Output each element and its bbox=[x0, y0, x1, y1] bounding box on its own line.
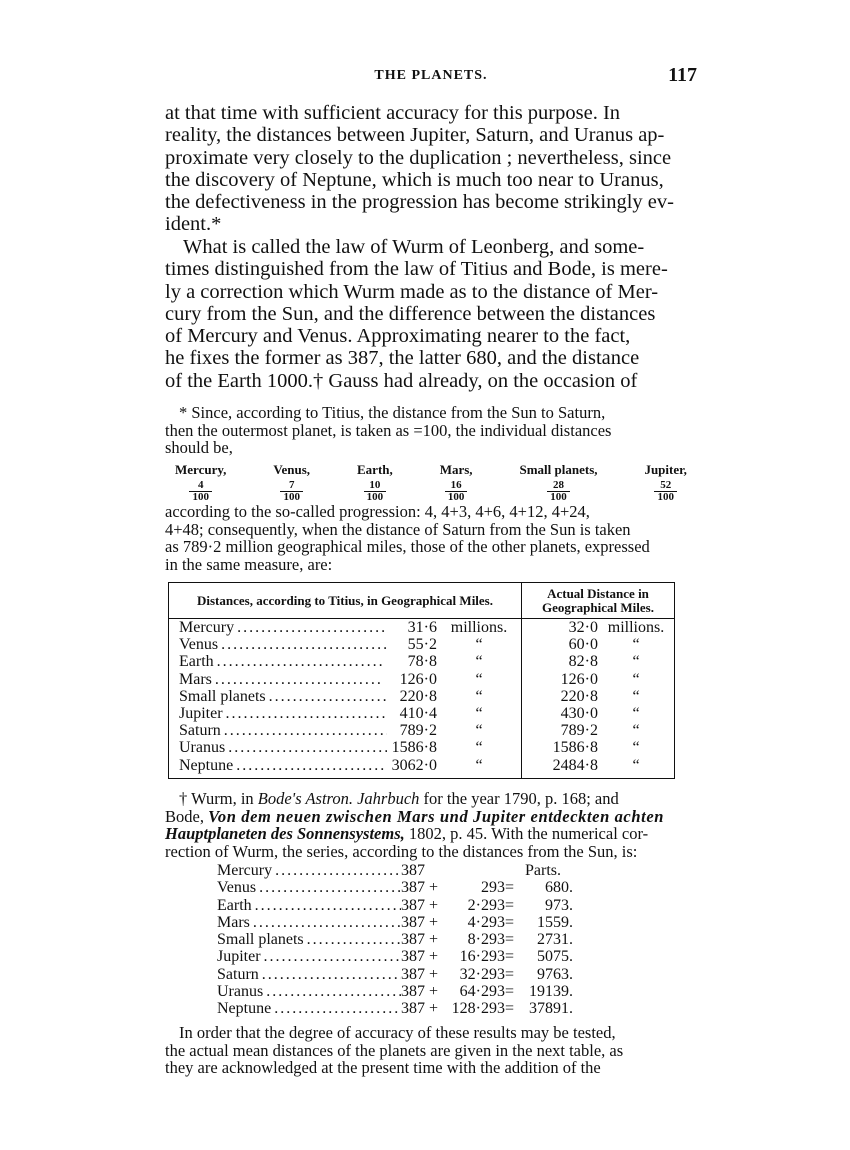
footnote-line: according to the so-called progression: … bbox=[165, 503, 697, 521]
footnote-line: 4+48; consequently, when the distance of… bbox=[165, 521, 697, 539]
fraction-label: Earth, bbox=[357, 461, 393, 479]
fraction-numerator: 10 bbox=[369, 480, 380, 491]
titius-unit: “ bbox=[437, 757, 521, 774]
fraction-label: Venus, bbox=[273, 461, 310, 479]
base-value: 387 bbox=[401, 879, 429, 896]
base-value: 387 bbox=[401, 931, 429, 948]
titius-value: 3062·0 bbox=[387, 757, 437, 774]
base-value: 387 bbox=[401, 948, 429, 965]
actual-value: 220·8 bbox=[522, 688, 598, 705]
fraction-mercury: Mercury, 4 100 bbox=[175, 461, 226, 504]
footnote-text: Bode, bbox=[165, 807, 208, 826]
multiplier: 64·293 bbox=[449, 983, 505, 1000]
text-line: ly a correction which Wurm made as to th… bbox=[165, 281, 697, 303]
multiplier: 16·293 bbox=[449, 948, 505, 965]
paragraph-1: at that time with sufficient accuracy fo… bbox=[165, 102, 697, 236]
footnote-line: should be, bbox=[165, 439, 697, 457]
fraction-numerator: 28 bbox=[553, 480, 564, 491]
paragraph-3: In order that the degree of accuracy of … bbox=[165, 1024, 697, 1077]
fraction-label: Mercury, bbox=[175, 461, 226, 479]
actual-unit: “ bbox=[598, 705, 674, 722]
plus-sign: + bbox=[429, 879, 449, 896]
multiplier: 293 bbox=[449, 879, 505, 896]
planet-name: Mars bbox=[217, 914, 401, 931]
titius-unit: “ bbox=[437, 739, 521, 756]
titius-unit: “ bbox=[437, 705, 521, 722]
footnote-line: Hauptplaneten des Sonnensystems, 1802, p… bbox=[165, 825, 697, 843]
titius-unit: millions. bbox=[437, 619, 521, 636]
titius-unit: “ bbox=[437, 636, 521, 653]
planet-name: Small planets bbox=[217, 931, 401, 948]
base-value: 387 bbox=[401, 983, 429, 1000]
text-line: ident.* bbox=[165, 213, 697, 235]
actual-value: 430·0 bbox=[522, 705, 598, 722]
footnote-line: rection of Wurm, the series, according t… bbox=[165, 843, 697, 861]
text-line: times distinguished from the law of Titi… bbox=[165, 258, 697, 280]
series-row: Jupiter 387 + 16·293 = 5075. bbox=[217, 948, 657, 965]
footnote-line: * Since, according to Titius, the distan… bbox=[165, 404, 697, 422]
series-row: Small planets 387 + 8·293 = 2731. bbox=[217, 931, 657, 948]
base-value: 387 bbox=[401, 914, 429, 931]
equals-sign: = bbox=[505, 966, 521, 983]
equals-sign: = bbox=[505, 914, 521, 931]
multiplier: 2·293 bbox=[449, 897, 505, 914]
actual-value: 2484·8 bbox=[522, 757, 598, 774]
actual-value: 126·0 bbox=[522, 671, 598, 688]
table-row: Venus 55·2 “ 60·0 “ bbox=[169, 636, 675, 653]
multiplier: 128·293 bbox=[449, 1000, 505, 1017]
planet-name: Neptune bbox=[217, 1000, 401, 1017]
base-value: 387 bbox=[401, 966, 429, 983]
titius-value: 220·8 bbox=[387, 688, 437, 705]
fraction-numerator: 7 bbox=[289, 480, 295, 491]
fraction-mars: Mars, 16 100 bbox=[440, 461, 473, 504]
actual-unit: “ bbox=[598, 671, 674, 688]
actual-value: 789·2 bbox=[522, 722, 598, 739]
actual-value: 1586·8 bbox=[522, 739, 598, 756]
citation-title: Bode's Astron. Jahrbuch bbox=[258, 789, 420, 808]
result: 2731. bbox=[521, 931, 573, 948]
titius-unit: “ bbox=[437, 722, 521, 739]
footnote-line: then the outermost planet, is taken as =… bbox=[165, 422, 697, 440]
text-line: the discovery of Neptune, which is much … bbox=[165, 169, 697, 191]
titius-unit: “ bbox=[437, 653, 521, 670]
equals-sign: = bbox=[505, 1000, 521, 1017]
wurm-series-table: Mercury 387 Parts. Venus 387 + 293 = 680… bbox=[217, 862, 657, 1018]
plus-sign: + bbox=[429, 897, 449, 914]
planet-name: Mars bbox=[179, 671, 387, 688]
multiplier: 32·293 bbox=[449, 966, 505, 983]
titius-unit: “ bbox=[437, 688, 521, 705]
text-line: cury from the Sun, and the difference be… bbox=[165, 303, 697, 325]
text-line: the actual mean distances of the planets… bbox=[165, 1042, 697, 1060]
series-row: Uranus 387 + 64·293 = 19139. bbox=[217, 983, 657, 1000]
actual-value: 60·0 bbox=[522, 636, 598, 653]
text-line: of the Earth 1000.† Gauss had already, o… bbox=[165, 370, 697, 392]
text-line: In order that the degree of accuracy of … bbox=[165, 1024, 697, 1042]
table-row: Small planets 220·8 “ 220·8 “ bbox=[169, 688, 675, 705]
fraction-small-planets: Small planets, 28 100 bbox=[519, 461, 597, 504]
result: 5075. bbox=[521, 948, 573, 965]
fraction-jupiter: Jupiter, 52 100 bbox=[644, 461, 687, 504]
plus-sign: + bbox=[429, 1000, 449, 1017]
column-header-actual: Actual Distance in Geographical Miles. bbox=[522, 583, 675, 619]
series-row: Mercury 387 Parts. bbox=[217, 862, 657, 879]
planet-name: Venus bbox=[217, 879, 401, 896]
footnote-line: as 789·2 million geographical miles, tho… bbox=[165, 538, 697, 556]
fraction-numerator: 16 bbox=[451, 480, 462, 491]
footnote-text: 1802, p. 45. With the numerical cor- bbox=[405, 824, 648, 843]
planet-name: Earth bbox=[179, 653, 387, 670]
fraction-numerator: 4 bbox=[198, 480, 204, 491]
equals-sign: = bbox=[505, 879, 521, 896]
equals-sign: = bbox=[505, 983, 521, 1000]
actual-unit: “ bbox=[598, 653, 674, 670]
fraction-label: Small planets, bbox=[519, 461, 597, 479]
planet-name: Earth bbox=[217, 897, 401, 914]
actual-unit: “ bbox=[598, 722, 674, 739]
titius-value: 31·6 bbox=[387, 619, 437, 636]
fraction-earth: Earth, 10 100 bbox=[357, 461, 393, 504]
series-row: Venus 387 + 293 = 680. bbox=[217, 879, 657, 896]
result: 680. bbox=[521, 879, 573, 896]
base-value: 387 bbox=[401, 1000, 429, 1017]
footnote-dagger: † Wurm, in Bode's Astron. Jahrbuch for t… bbox=[165, 790, 697, 860]
text-line: of Mercury and Venus. Approximating near… bbox=[165, 325, 697, 347]
table-row: Earth 78·8 “ 82·8 “ bbox=[169, 653, 675, 670]
actual-value: 32·0 bbox=[522, 619, 598, 636]
running-title: THE PLANETS. bbox=[165, 68, 697, 84]
equals-sign: = bbox=[505, 931, 521, 948]
citation-title: Hauptplaneten des Sonnensystems, bbox=[165, 824, 405, 843]
base-value: 387 bbox=[401, 862, 429, 879]
footnote-text: for the year 1790, p. 168; and bbox=[419, 789, 618, 808]
actual-value: 82·8 bbox=[522, 653, 598, 670]
series-row: Saturn 387 + 32·293 = 9763. bbox=[217, 966, 657, 983]
running-head: THE PLANETS. 117 bbox=[165, 64, 697, 88]
series-row: Mars 387 + 4·293 = 1559. bbox=[217, 914, 657, 931]
planet-name: Mercury bbox=[179, 619, 387, 636]
plus-sign: + bbox=[429, 914, 449, 931]
planet-name: Neptune bbox=[179, 757, 387, 774]
footnote-line: in the same measure, are: bbox=[165, 556, 697, 574]
actual-unit: “ bbox=[598, 636, 674, 653]
table-row: Neptune 3062·0 “ 2484·8 “ bbox=[169, 757, 675, 779]
footnote-line: Bode, Von dem neuen zwischen Mars und Ju… bbox=[165, 808, 697, 826]
text-line: they are acknowledged at the present tim… bbox=[165, 1059, 697, 1077]
page-number: 117 bbox=[668, 64, 697, 87]
actual-unit: “ bbox=[598, 757, 674, 774]
result: 973. bbox=[521, 897, 573, 914]
series-row: Neptune 387 + 128·293 = 37891. bbox=[217, 1000, 657, 1017]
actual-unit: millions. bbox=[598, 619, 674, 636]
planet-name: Jupiter bbox=[217, 948, 401, 965]
actual-unit: “ bbox=[598, 688, 674, 705]
multiplier: 8·293 bbox=[449, 931, 505, 948]
planet-name: Uranus bbox=[217, 983, 401, 1000]
footnote-star-continued: according to the so-called progression: … bbox=[165, 503, 697, 573]
fraction-numerator: 52 bbox=[660, 480, 671, 491]
base-value: 387 bbox=[401, 897, 429, 914]
titius-value: 126·0 bbox=[387, 671, 437, 688]
planet-name: Mercury bbox=[217, 862, 401, 879]
actual-unit: “ bbox=[598, 739, 674, 756]
plus-sign: + bbox=[429, 966, 449, 983]
column-header-titius: Distances, according to Titius, in Geogr… bbox=[169, 583, 522, 619]
planet-name: Saturn bbox=[217, 966, 401, 983]
text-line: reality, the distances between Jupiter, … bbox=[165, 124, 697, 146]
table-row: Jupiter 410·4 “ 430·0 “ bbox=[169, 705, 675, 722]
citation-title: Von dem neuen zwischen Mars und Jupiter … bbox=[208, 807, 664, 826]
fraction-label: Jupiter, bbox=[644, 461, 687, 479]
units-label: Parts. bbox=[525, 862, 561, 879]
table-row: Saturn 789·2 “ 789·2 “ bbox=[169, 722, 675, 739]
titius-value: 78·8 bbox=[387, 653, 437, 670]
result: 19139. bbox=[521, 983, 573, 1000]
result: 1559. bbox=[521, 914, 573, 931]
text-line: What is called the law of Wurm of Leonbe… bbox=[165, 236, 697, 258]
footnote-line: † Wurm, in Bode's Astron. Jahrbuch for t… bbox=[165, 790, 697, 808]
equals-sign: = bbox=[505, 897, 521, 914]
titius-value: 1586·8 bbox=[387, 739, 437, 756]
paragraph-2: What is called the law of Wurm of Leonbe… bbox=[165, 236, 697, 392]
footnote-star: * Since, according to Titius, the distan… bbox=[165, 404, 697, 503]
result: 37891. bbox=[521, 1000, 573, 1017]
plus-sign: + bbox=[429, 931, 449, 948]
table-row: Uranus 1586·8 “ 1586·8 “ bbox=[169, 739, 675, 756]
text-line: at that time with sufficient accuracy fo… bbox=[165, 102, 697, 124]
text-line: he fixes the former as 387, the latter 6… bbox=[165, 347, 697, 369]
planet-name: Venus bbox=[179, 636, 387, 653]
titius-distance-table: Distances, according to Titius, in Geogr… bbox=[168, 582, 675, 779]
planet-name: Jupiter bbox=[179, 705, 387, 722]
table-row: Mercury 31·6 millions. 32·0 millions. bbox=[169, 619, 675, 637]
titius-value: 789·2 bbox=[387, 722, 437, 739]
result: 9763. bbox=[521, 966, 573, 983]
multiplier: 4·293 bbox=[449, 914, 505, 931]
plus-sign: + bbox=[429, 983, 449, 1000]
planet-name: Saturn bbox=[179, 722, 387, 739]
planet-name: Uranus bbox=[179, 739, 387, 756]
equals-sign: = bbox=[505, 948, 521, 965]
titius-value: 410·4 bbox=[387, 705, 437, 722]
text-line: the defectiveness in the progression has… bbox=[165, 191, 697, 213]
fraction-row: Mercury, 4 100 Venus, 7 100 Earth, 10 10… bbox=[165, 457, 697, 504]
fraction-denominator: 100 bbox=[654, 491, 677, 503]
plus-sign: + bbox=[429, 948, 449, 965]
fraction-label: Mars, bbox=[440, 461, 473, 479]
table-header-row: Distances, according to Titius, in Geogr… bbox=[169, 583, 675, 619]
footnote-text: † Wurm, in bbox=[179, 789, 258, 808]
planet-name: Small planets bbox=[179, 688, 387, 705]
titius-value: 55·2 bbox=[387, 636, 437, 653]
fraction-venus: Venus, 7 100 bbox=[273, 461, 310, 504]
table-row: Mars 126·0 “ 126·0 “ bbox=[169, 671, 675, 688]
series-row: Earth 387 + 2·293 = 973. bbox=[217, 897, 657, 914]
titius-unit: “ bbox=[437, 671, 521, 688]
text-line: proximate very closely to the duplicatio… bbox=[165, 147, 697, 169]
